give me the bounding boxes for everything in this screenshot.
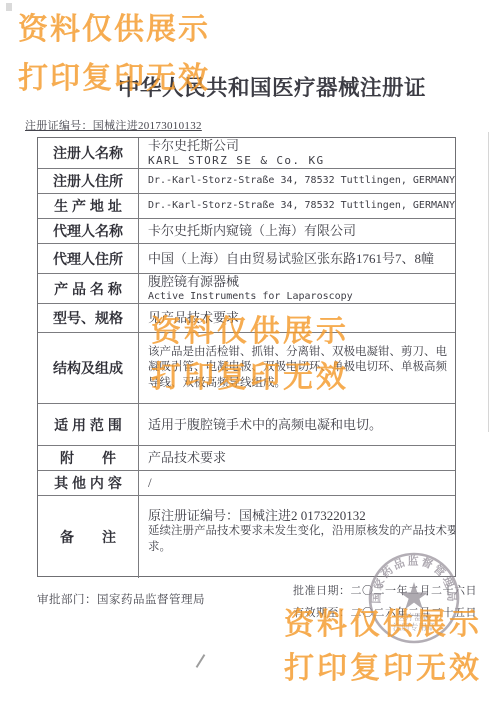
row-label: 注册人住所 [38,169,139,193]
table-row: 代理人住所 中国（上海）自由贸易试验区张东路1761号7、8幢 [38,244,455,274]
scan-speck-artifact [6,3,12,11]
row-value: 中国（上海）自由贸易试验区张东路1761号7、8幢 [139,244,455,273]
row-value: 产品技术要求 [139,446,455,470]
watermark-line: 打印复印无效 [18,64,210,94]
row-value-line: Active Instruments for Laparoscopy [148,290,455,304]
watermark-middle: 资料仅供展示 打印复印无效 [151,317,349,393]
table-row: 适 用 范 围 适用于腹腔镜手术中的高频电凝和电切。 [38,404,455,446]
table-row: 附 件 产品技术要求 [38,446,455,471]
row-value: 腹腔镜有源器械 Active Instruments for Laparosco… [139,274,455,303]
row-label: 注册人名称 [38,138,139,168]
scan-edge-artifact [488,132,489,432]
row-value-line: / [148,475,455,491]
row-label: 结构及组成 [38,333,139,403]
watermark-line: 资料仅供展示 [151,317,349,347]
row-label: 备 注 [38,496,139,578]
row-value: / [139,471,455,495]
watermark-line: 打印复印无效 [151,363,349,393]
row-label: 其 他 内 容 [38,471,139,495]
row-value: 卡尔史托斯公司 KARL STORZ SE & Co. KG [139,138,455,168]
row-label: 型号、规格 [38,304,139,332]
row-value-line: 延续注册产品技术要求未发生变化，沿用原核发的产品技术要 [148,524,455,540]
watermark-line: 资料仅供展示 [284,610,482,640]
row-value: 卡尔史托斯内窥镜（上海）有限公司 [139,219,455,243]
row-label: 附 件 [38,446,139,470]
table-row: 注册人名称 卡尔史托斯公司 KARL STORZ SE & Co. KG [38,138,455,169]
row-value-line: 卡尔史托斯公司 [148,138,455,154]
row-value: Dr.-Karl-Storz-Straße 34, 78532 Tuttling… [139,169,455,193]
row-value-line: 卡尔史托斯内窥镜（上海）有限公司 [148,223,455,239]
row-value-line: 适用于腹腔镜手术中的高频电凝和电切。 [148,417,455,433]
star-icon [400,582,429,609]
row-label: 代理人住所 [38,244,139,273]
table-row: 生 产 地 址 Dr.-Karl-Storz-Straße 34, 78532 … [38,194,455,219]
row-value-line: 腹腔镜有源器械 [148,274,455,290]
table-row: 代理人名称 卡尔史托斯内窥镜（上海）有限公司 [38,219,455,244]
watermark-top: 资料仅供展示 打印复印无效 [18,15,210,94]
row-label: 代理人名称 [38,219,139,243]
row-value: Dr.-Karl-Storz-Straße 34, 78532 Tuttling… [139,194,455,218]
row-value: 适用于腹腔镜手术中的高频电凝和电切。 [139,404,455,445]
row-value-line: Dr.-Karl-Storz-Straße 34, 78532 Tuttling… [148,174,455,188]
row-value-line: 中国（上海）自由贸易试验区张东路1761号7、8幢 [148,251,455,267]
row-label: 适 用 范 围 [38,404,139,445]
watermark-bottom: 资料仅供展示 打印复印无效 [284,610,482,684]
watermark-line: 打印复印无效 [284,654,482,684]
row-label: 产 品 名 称 [38,274,139,303]
certificate-number: 注册证编号：国械注进20173010132 [25,117,202,133]
approval-department: 审批部门：国家药品监督管理局 [37,591,205,607]
table-row: 其 他 内 容 / [38,471,455,496]
row-value-line: Dr.-Karl-Storz-Straße 34, 78532 Tuttling… [148,199,455,213]
table-row: 注册人住所 Dr.-Karl-Storz-Straße 34, 78532 Tu… [38,169,455,194]
watermark-line: 资料仅供展示 [18,15,210,45]
scan-slash-artifact [196,654,206,668]
row-value-line: 原注册证编号：国械注进2 0173220132 [148,508,455,524]
certificate-page: 中华人民共和国医疗器械注册证 注册证编号：国械注进20173010132 注册人… [0,0,499,707]
row-label: 生 产 地 址 [38,194,139,218]
row-value-line: KARL STORZ SE & Co. KG [148,154,455,168]
row-value-line: 产品技术要求 [148,450,455,466]
table-row: 产 品 名 称 腹腔镜有源器械 Active Instruments for L… [38,274,455,304]
